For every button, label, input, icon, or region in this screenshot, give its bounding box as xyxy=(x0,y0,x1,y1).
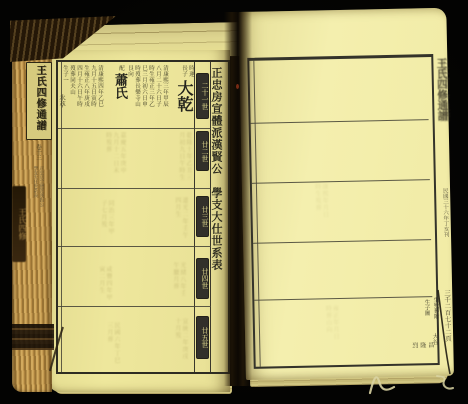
red-speck xyxy=(236,84,239,89)
date-col: 生雍正八年庚戌 xyxy=(83,65,89,123)
date-col: 時歿葬長樂寺山 xyxy=(134,65,140,123)
row-rule xyxy=(58,306,211,307)
left-page: 正忠房宣體派漢賢公 學支大仕世系表 二十一世 廿二世 廿三世 廿四世 廿五世 時… xyxy=(48,50,230,392)
bleedthrough-text: 宣統二年庚戌十月歿 xyxy=(146,318,188,364)
folio-edition: 民國三十六年丁亥刊 xyxy=(441,188,449,238)
frame-inner-line xyxy=(253,61,260,367)
folio-title: 王氏四修通譜 xyxy=(435,58,447,121)
date-col: 巳三月初六日申 xyxy=(141,65,147,123)
bleedthrough-text: 道光二年壬午四月生 xyxy=(150,197,188,239)
row-rule xyxy=(253,239,431,244)
cover-subtitle-col2: 學支大仕世系表 xyxy=(33,166,38,260)
relation-label: 配 xyxy=(118,65,124,71)
generation-column: 二十一世 廿二世 廿三世 廿四世 廿五世 xyxy=(194,62,211,372)
bleedthrough-text: 康熙年月日時生歿葬 xyxy=(268,183,329,220)
section-title: 正忠房宣體派漢賢公 學支大仕世系表 xyxy=(211,62,222,367)
generation-label: 廿五世 xyxy=(197,317,208,358)
person-name: 蕭氏 xyxy=(112,73,126,99)
note-col2: 生子圖 xyxy=(423,299,430,325)
date-col: 清康熙三年甲辰 xyxy=(162,65,168,123)
book-photo: 康熙年月日時生歿葬 雍正年月日時葬山向 生殁葬附 生子圖 大谷 烈隆昌 王氏四修… xyxy=(0,0,468,404)
date-col: 九月十五日寅時 xyxy=(90,65,96,123)
generation-label: 廿三世 xyxy=(197,197,208,236)
row-rule xyxy=(58,246,211,247)
cover-title-label: 王氏四修通譜 xyxy=(26,62,52,140)
date-col: 八月二十六日子 xyxy=(155,65,161,123)
date-col: 時生雍正三年乙 xyxy=(148,65,154,123)
son-name: 永萃 xyxy=(58,94,65,108)
relation-col-right: 時運 xyxy=(188,65,194,77)
generation-label: 二十一世 xyxy=(197,74,208,118)
book-gutter-shadow xyxy=(224,12,252,386)
bleedthrough-text: 咸豐四年甲寅二月生 xyxy=(66,266,112,302)
burial-notes: 生殁葬附 生子圖 大谷 烈隆昌 xyxy=(410,297,441,360)
cover-subtitle: 正忠房宣體派漢賢公 學支大仕世系表 xyxy=(28,166,44,260)
bleedthrough-text: 嘉慶五年庚申九月十二日未時歿葬 xyxy=(64,132,126,180)
generation-label: 廿四世 xyxy=(197,259,208,298)
row-rule xyxy=(58,188,211,189)
note-name2: 烈隆昌 xyxy=(412,343,436,350)
date-col: 歿葬同夫山 xyxy=(69,65,75,123)
stacked-cover-bands xyxy=(12,324,54,350)
folio-page-number: 三千二百七十二頁 xyxy=(442,290,451,342)
volume-stack-edge: 王氏四修通譜 卷十三 正忠房宣體派漢賢公 學支大仕世系表 王氏四修 xyxy=(12,28,52,392)
row-rule xyxy=(58,128,211,129)
relation-col-left: 長子 xyxy=(181,65,187,77)
sons-label: 生子一 xyxy=(62,65,68,91)
husband-dates: 清康熙三年甲辰 八月二十六日子 時生雍正三年乙 巳三月初六日申 時歿葬長樂寺山 … xyxy=(132,65,168,123)
left-page-frame: 正忠房宣體派漢賢公 學支大仕世系表 二十一世 廿二世 廿三世 廿四世 廿五世 時… xyxy=(56,60,230,374)
cover-title: 王氏四修通譜 xyxy=(34,63,44,139)
bleedthrough-text: 雍正年月日時葬山向 xyxy=(268,305,339,346)
row-rule xyxy=(252,179,430,184)
generation-label: 廿二世 xyxy=(197,132,208,170)
bleedthrough-text: 同治三年甲子七月歿 xyxy=(70,200,114,238)
entry-wife: 配 蕭氏 xyxy=(104,64,128,122)
row-rule xyxy=(254,296,432,301)
bleedthrough-text: 光緒八年壬午臘月葬 xyxy=(146,262,186,302)
person-name: 大乾 xyxy=(175,80,192,112)
bleedthrough-text: 民國六年丁巳三月葬 xyxy=(70,322,120,364)
cover-volume-number: 卷十三 xyxy=(34,144,42,161)
bleedthrough-text: 乾隆十年乙丑三月初九日午時生 xyxy=(152,132,192,182)
stacked-volume-title: 王氏四修 xyxy=(12,186,26,262)
right-page: 康熙年月日時生歿葬 雍正年月日時葬山向 生殁葬附 生子圖 大谷 烈隆昌 王氏四修… xyxy=(238,8,454,380)
date-col: 清康熙四年乙巳 xyxy=(97,65,103,123)
row-rule xyxy=(251,119,429,124)
entry-sons: 生子一 永萃 xyxy=(57,64,69,122)
wife-dates: 清康熙四年乙巳 九月十五日寅時 生雍正八年庚戌 四月十六日午時 歿葬同夫山 xyxy=(67,65,103,123)
date-col: 四月十六日午時 xyxy=(76,65,82,123)
entry-husband: 時運 長子 大乾 xyxy=(168,64,195,126)
cover-subtitle-col1: 正忠房宣體派漢賢公 xyxy=(39,166,44,260)
relation-label: 時運 長子 xyxy=(181,65,194,77)
right-page-frame: 康熙年月日時生歿葬 雍正年月日時葬山向 生殁葬附 生子圖 大谷 烈隆昌 xyxy=(247,54,439,369)
